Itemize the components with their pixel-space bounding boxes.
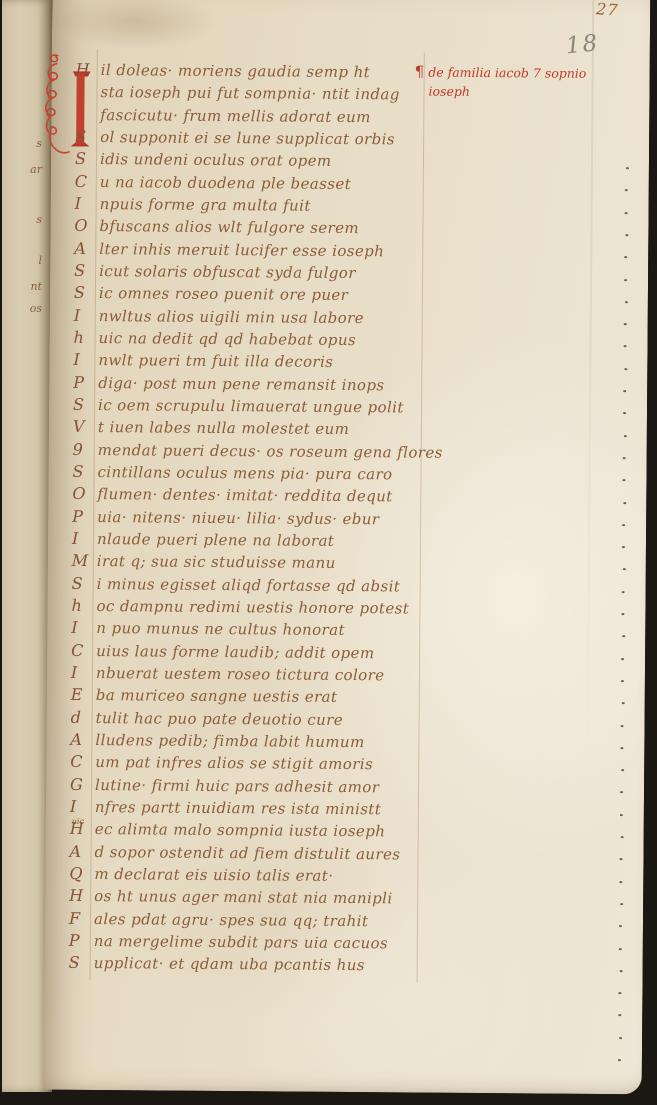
verse-text: oc dampnu redimi uestis honore potest <box>96 597 409 617</box>
verse-text: nwltus alios uigili min usa labore <box>99 307 364 327</box>
verse-text: ic omnes roseo puenit ore puer <box>99 284 348 304</box>
verse-text: irat q; sua sic studuisse manu <box>97 552 336 572</box>
verse-text: uius laus forme laudib; addit opem <box>96 642 375 662</box>
verse-text: diga· post mun pene remansit inops <box>98 374 384 394</box>
facing-page-text-fragment: l <box>38 255 42 266</box>
verse-capital: I <box>71 618 96 638</box>
verse-text: i minus egisset aliqd fortasse qd absit <box>97 575 401 595</box>
verse-text: ec alimta malo sompnia iusta ioseph <box>95 820 386 840</box>
rubric-line-2: ioseph <box>414 82 586 102</box>
verse-text: tulit hac puo pate deuotio cure <box>96 709 344 729</box>
folio-number-pencil: 18 <box>565 30 601 59</box>
verse-text: lludens pedib; fimba labit humum <box>95 731 364 751</box>
verse-capital: h <box>71 596 96 616</box>
verse-capital: S <box>72 462 97 482</box>
verse-capital: S <box>75 127 100 147</box>
verse-capital: I <box>74 305 99 325</box>
verse-text: nlaude pueri plene na laborat <box>97 530 334 550</box>
verse-capital: A <box>74 238 99 258</box>
facing-page-text-fragment: s <box>36 138 42 149</box>
verse-capital: I <box>73 350 98 370</box>
manuscript-scan: sarslntos Hil doleas· moriens gaudia sem… <box>0 0 657 1105</box>
verse-text: ic oem scrupulu limauerat ungue polit <box>98 396 404 416</box>
facing-page-text-fragment: nt <box>30 281 42 292</box>
verse-text: sta ioseph pui fut sompnia· ntit indag <box>100 83 399 103</box>
verse-capital: S <box>74 283 99 303</box>
paraph-mark-icon: ¶ <box>415 63 425 81</box>
verse-capital: S <box>72 573 97 593</box>
verse-text: ba muriceo sangne uestis erat <box>96 686 338 706</box>
facing-page-text-fragment: s <box>36 214 42 225</box>
verse-capital: P <box>72 506 97 526</box>
verse-capital: H <box>76 60 101 80</box>
verse-line: Supplicat· et qdam uba pcantis hus <box>69 953 629 979</box>
verse-capital: H <box>69 886 94 906</box>
verse-capital: E <box>71 685 96 705</box>
verse-text: ol supponit ei se lune supplicat orbis <box>100 128 395 148</box>
verse-text: idis undeni oculus orat opem <box>100 150 332 170</box>
verse-capital: I <box>71 663 96 683</box>
verse-text: mendat pueri decus· os roseum gena flore… <box>98 441 443 462</box>
rubric: ¶de familia iacob 7 sopnio ioseph <box>414 63 586 102</box>
rubric-text-2: ioseph <box>428 84 470 99</box>
facing-page-text-fragment: ar <box>30 164 42 175</box>
folio-number-ink: 27 <box>595 0 619 20</box>
verse-text: um pat infres alios se stigit amoris <box>95 753 373 773</box>
verse-text: nwlt pueri tm fuit illa decoris <box>98 351 333 371</box>
verse-text: lter inhis meruit lucifer esse ioseph <box>99 240 384 260</box>
verse-capital: F <box>69 908 94 928</box>
verse-capital: S <box>75 149 100 169</box>
verse-text: os ht unus ager mani stat nia manipli <box>94 887 393 907</box>
verse-text: n puo munus ne cultus honorat <box>96 619 345 639</box>
verse-text: nbuerat uestem roseo tictura colore <box>96 664 385 684</box>
verse-text: lutine· firmi huic pars adhesit amor <box>95 776 379 796</box>
verse-text: na mergelime subdit pars uia cacuos <box>94 932 388 952</box>
verse-text: uic na dedit qd qd habebat opus <box>99 329 357 349</box>
verse-text: cintillans oculus mens pia· pura caro <box>97 463 392 483</box>
verse-text: flumen· dentes· imitat· reddita dequt <box>97 485 392 505</box>
facing-page-text-fragment: os <box>30 303 42 314</box>
verse-text: npuis forme gra multa fuit <box>100 195 311 215</box>
verse-capital: A <box>70 730 95 750</box>
verse-capital: S <box>74 261 99 281</box>
verse-capital: S <box>69 953 94 973</box>
verse-capital: P <box>73 372 98 392</box>
rubric-line-1: ¶de familia iacob 7 sopnio <box>415 63 587 83</box>
verse-capital: Q <box>69 864 94 884</box>
rubric-text-1: de familia iacob 7 sopnio <box>428 65 586 81</box>
verse-capital: h <box>74 328 99 348</box>
verse-capital: C <box>70 752 95 772</box>
verse-capital: 9 <box>73 439 98 459</box>
verse-capital: C <box>75 171 100 191</box>
verse-capital: A <box>69 841 94 861</box>
verse-text: uia· nitens· niueu· lilia· sydus· ebur <box>97 508 379 528</box>
verse-capital: I <box>72 529 97 549</box>
interlinear-gloss: uic <box>72 812 84 832</box>
verse-text: bfuscans alios wlt fulgore serem <box>99 217 359 237</box>
verse-text: icut solaris obfuscat syda fulgor <box>99 262 356 282</box>
verse-capital: I <box>75 194 100 214</box>
verse-text: fascicutu· frum mellis adorat eum <box>100 106 371 126</box>
verse-capital: C <box>71 640 96 660</box>
verse-text: upplicat· et qdam uba pcantis hus <box>94 954 365 974</box>
verse-capital: P <box>69 931 94 951</box>
verse-capital: G <box>70 774 95 794</box>
verse-capital: O <box>74 216 99 236</box>
verse-capital: M <box>72 551 97 571</box>
verse-capital: S <box>73 395 98 415</box>
verse-capital: O <box>72 484 97 504</box>
verse-text: u na iacob duodena ple beasset <box>100 173 351 193</box>
verse-text: t iuen labes nulla molestet eum <box>98 418 350 438</box>
manuscript-page: Hil doleas· moriens gaudia semp htsta io… <box>44 0 651 1094</box>
verse-text-block: Hil doleas· moriens gaudia semp htsta io… <box>44 0 651 1094</box>
verse-text: nfres partt inuidiam res ista ministt <box>95 798 381 818</box>
verse-text: il doleas· moriens gaudia semp ht <box>101 61 371 81</box>
verse-text: ales pdat agru· spes sua qq; trahit <box>94 910 368 930</box>
verse-capital: d <box>71 707 96 727</box>
verse-text: m declarat eis uisio talis erat· <box>94 865 333 885</box>
verse-capital: V <box>73 417 98 437</box>
verse-text: d sopor ostendit ad fiem distulit aures <box>94 843 400 863</box>
